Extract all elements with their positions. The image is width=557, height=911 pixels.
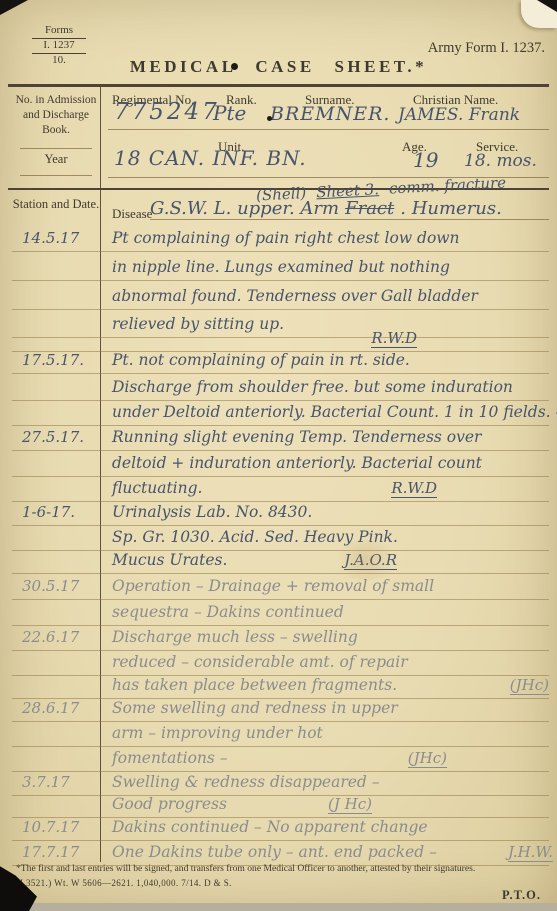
ink-speck — [231, 63, 238, 70]
entry-text: Operation – Drainage + removal of small — [112, 577, 434, 595]
entry-text: sequestra – Dakins continued — [112, 603, 344, 621]
paper-stain — [330, 540, 400, 580]
entry-text: abnormal found. Tenderness over Gall bla… — [112, 287, 478, 305]
header-rule — [8, 84, 549, 87]
entry-signature: (J Hc) — [328, 795, 372, 814]
field-rule — [108, 129, 549, 130]
entry-date: 30.5.17 — [22, 577, 79, 595]
entry-text: fluctuating. — [112, 479, 202, 497]
entry-text: Discharge from shoulder free. but some i… — [112, 378, 513, 396]
case-entry-line: in nipple line. Lungs examined but nothi… — [0, 258, 557, 282]
entry-date: 27.5.17. — [22, 428, 84, 446]
entry-text: Urinalysis Lab. No. 8430. — [112, 503, 312, 521]
entry-signature: R.W.D — [391, 479, 437, 498]
entry-text: reduced – considerable amt. of repair — [112, 653, 408, 671]
entry-text: Dakins continued – No apparent change — [112, 818, 428, 836]
entry-date: 1-6-17. — [22, 503, 75, 521]
case-entry-line: deltoid + induration anteriorly. Bacteri… — [0, 454, 557, 478]
regimental-no-value: 775247 — [114, 99, 220, 125]
entry-date: 22.6.17 — [22, 628, 79, 646]
disease-rule — [150, 219, 549, 220]
unit-value: 18 CAN. INF. BN. — [114, 146, 307, 170]
case-entry-line: sequestra – Dakins continued — [0, 603, 557, 627]
entry-text: deltoid + induration anteriorly. Bacteri… — [112, 454, 482, 472]
case-entry-line: abnormal found. Tenderness over Gall bla… — [0, 287, 557, 311]
entry-text: Good progress — [112, 795, 227, 813]
left-column-rule — [20, 175, 92, 176]
entry-text: Swelling & redness disappeared – — [112, 773, 380, 791]
christian-name-value: JAMES. Frank — [398, 105, 520, 125]
entry-signature: (JHc) — [510, 676, 549, 695]
forms-box-line1: Forms — [32, 24, 86, 38]
print-code: (J 3521.) Wt. W 5606—2621. 1,040,000. 7/… — [16, 878, 232, 888]
year-label: Year — [12, 152, 100, 167]
case-entry-line: fluctuating.R.W.D — [0, 479, 557, 503]
entry-signature: (JHc) — [408, 749, 447, 768]
entry-signature: R.W.D — [371, 329, 417, 348]
entry-text: Some swelling and redness in upper — [112, 699, 398, 717]
entry-date: 17.5.17. — [22, 351, 84, 369]
entry-text: Pt complaining of pain right chest low d… — [112, 229, 460, 247]
case-entry-line: 30.5.17Operation – Drainage + removal of… — [0, 577, 557, 601]
entry-text: Discharge much less – swelling — [112, 628, 358, 646]
service-value: 18. mos. — [464, 151, 537, 171]
entry-date: 3.7.17 — [22, 773, 70, 791]
scan-edge-bottom — [0, 903, 557, 911]
entry-text: has taken place between fragments. — [112, 676, 397, 694]
entry-text: One Dakins tube only – ant. end packed – — [112, 843, 437, 861]
entry-text: under Deltoid anteriorly. Bacterial Coun… — [112, 403, 557, 421]
case-entry-line: 22.6.17Discharge much less – swelling — [0, 628, 557, 652]
case-entry-line: 17.5.17.Pt. not complaining of pain in r… — [0, 351, 557, 375]
case-entry-line: 10.7.17Dakins continued – No apparent ch… — [0, 818, 557, 842]
forms-box-line2: I. 1237 — [32, 38, 86, 54]
case-entry-line: 1-6-17.Urinalysis Lab. No. 8430. — [0, 503, 557, 527]
case-entry-line: under Deltoid anteriorly. Bacterial Coun… — [0, 403, 557, 427]
case-entry-line: 3.7.17Swelling & redness disappeared – — [0, 773, 557, 797]
age-value: 19 — [413, 148, 438, 172]
left-column-rule — [20, 148, 92, 149]
page-title: MEDICAL CASE SHEET.* — [0, 57, 557, 77]
entry-text: Mucus Urates. — [112, 551, 227, 569]
entry-date: 14.5.17 — [22, 229, 79, 247]
medical-case-sheet-document: Forms I. 1237 10. Army Form I. 1237. MED… — [0, 0, 557, 911]
entry-text: fomentations – — [112, 749, 228, 767]
case-entry-line: 27.5.17.Running slight evening Temp. Ten… — [0, 428, 557, 452]
entry-date: 28.6.17 — [22, 699, 79, 717]
disease-value-struck: Fract — [345, 198, 394, 219]
case-entry-line: 28.6.17Some swelling and redness in uppe… — [0, 699, 557, 723]
admission-book-label: No. in Admission and Discharge Book. — [12, 93, 100, 138]
rank-value: Pte — [213, 101, 246, 125]
disease-value-main: G.S.W. L. upper. Arm — [150, 198, 339, 219]
entry-signature: J.H.W. — [508, 843, 553, 862]
torn-corner-top-left — [0, 0, 28, 15]
case-entry-line: 14.5.17Pt complaining of pain right ches… — [0, 229, 557, 253]
ink-speck — [267, 116, 272, 121]
entry-date: 10.7.17 — [22, 818, 79, 836]
case-entry-line: reduced – considerable amt. of repair — [0, 653, 557, 677]
case-entry-line: Discharge from shoulder free. but some i… — [0, 378, 557, 402]
surname-value: BREMNER. — [270, 103, 390, 125]
entry-text: Running slight evening Temp. Tenderness … — [112, 428, 481, 446]
entry-text: arm – improving under hot — [112, 724, 323, 742]
case-entry-line: Sp. Gr. 1030. Acid. Sed. Heavy Pink. — [0, 528, 557, 552]
entry-text: Pt. not complaining of pain in rt. side. — [112, 351, 410, 369]
entry-date: 17.7.17 — [22, 843, 79, 861]
case-entry-line: Good progress(J Hc) — [0, 795, 557, 819]
pto-label: P.T.O. — [502, 888, 541, 903]
entry-text: in nipple line. Lungs examined but nothi… — [112, 258, 450, 276]
case-entry-line: has taken place between fragments.(JHc) — [0, 676, 557, 700]
army-form-number: Army Form I. 1237. — [428, 40, 545, 57]
disease-value: G.S.W. L. upper. ArmFract. Humerus. — [150, 198, 502, 219]
disease-value-end: . Humerus. — [400, 198, 502, 219]
case-entry-line: R.W.D — [0, 329, 557, 353]
case-entry-line: fomentations –(JHc) — [0, 749, 557, 773]
disease-label: Disease — [112, 206, 152, 222]
case-entry-line: Mucus Urates.J.A.O.R — [0, 551, 557, 575]
case-entry-line: arm – improving under hot — [0, 724, 557, 748]
station-date-label: Station and Date. — [12, 196, 100, 213]
signature-footnote: *The first and last entries will be sign… — [16, 863, 475, 874]
